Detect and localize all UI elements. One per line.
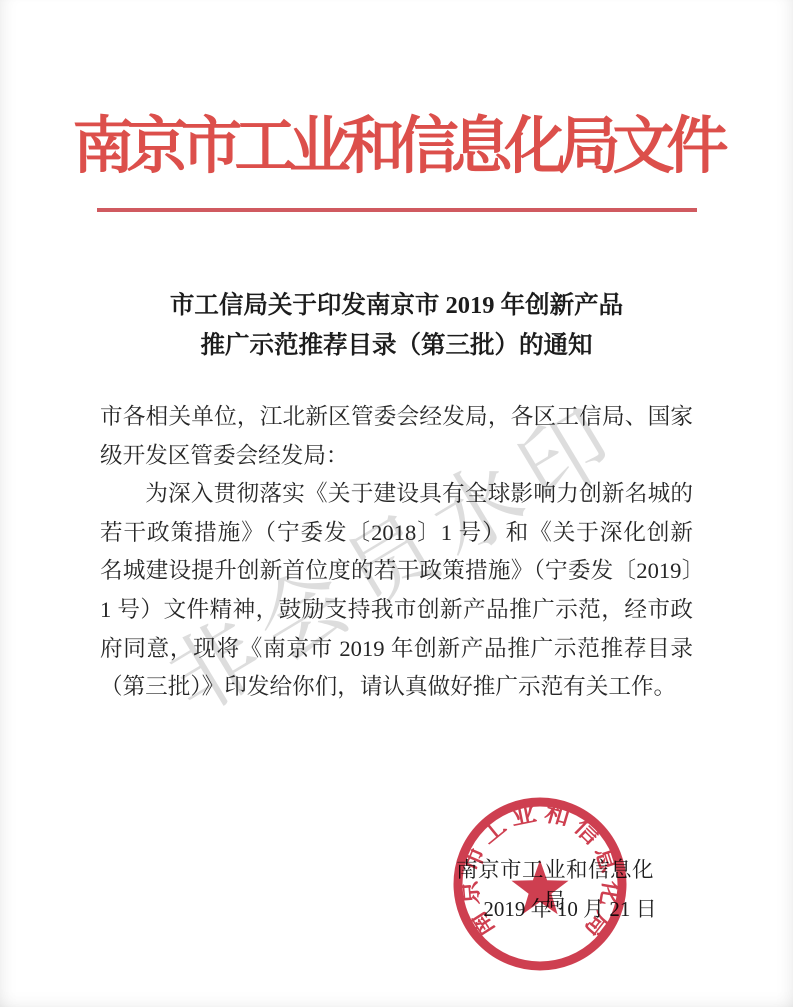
document-title: 市工信局关于印发南京市 2019 年创新产品 推广示范推荐目录（第三批）的通知 bbox=[0, 286, 793, 366]
document-page: 非会员水印 南京市工业和信息化局文件 市工信局关于印发南京市 2019 年创新产… bbox=[0, 0, 793, 1007]
header-divider-rule bbox=[97, 208, 697, 212]
document-content: 南京市工业和信息化局文件 市工信局关于印发南京市 2019 年创新产品 推广示范… bbox=[0, 0, 793, 707]
signature-date: 2019 年 10 月 21 日 bbox=[481, 893, 659, 923]
document-body: 市各相关单位，江北新区管委会经发局，各区工信局、国家级开发区管委会经发局： 为深… bbox=[100, 398, 693, 707]
red-header-title: 南京市工业和信息化局文件 bbox=[0, 0, 793, 184]
body-paragraph: 为深入贯彻落实《关于建设具有全球影响力创新名城的若干政策措施》（宁委发〔2018… bbox=[100, 475, 693, 707]
document-title-line-1: 市工信局关于印发南京市 2019 年创新产品 bbox=[0, 286, 793, 326]
document-title-line-2: 推广示范推荐目录（第三批）的通知 bbox=[0, 326, 793, 366]
recipients-salutation: 市各相关单位，江北新区管委会经发局，各区工信局、国家级开发区管委会经发局： bbox=[100, 398, 693, 475]
